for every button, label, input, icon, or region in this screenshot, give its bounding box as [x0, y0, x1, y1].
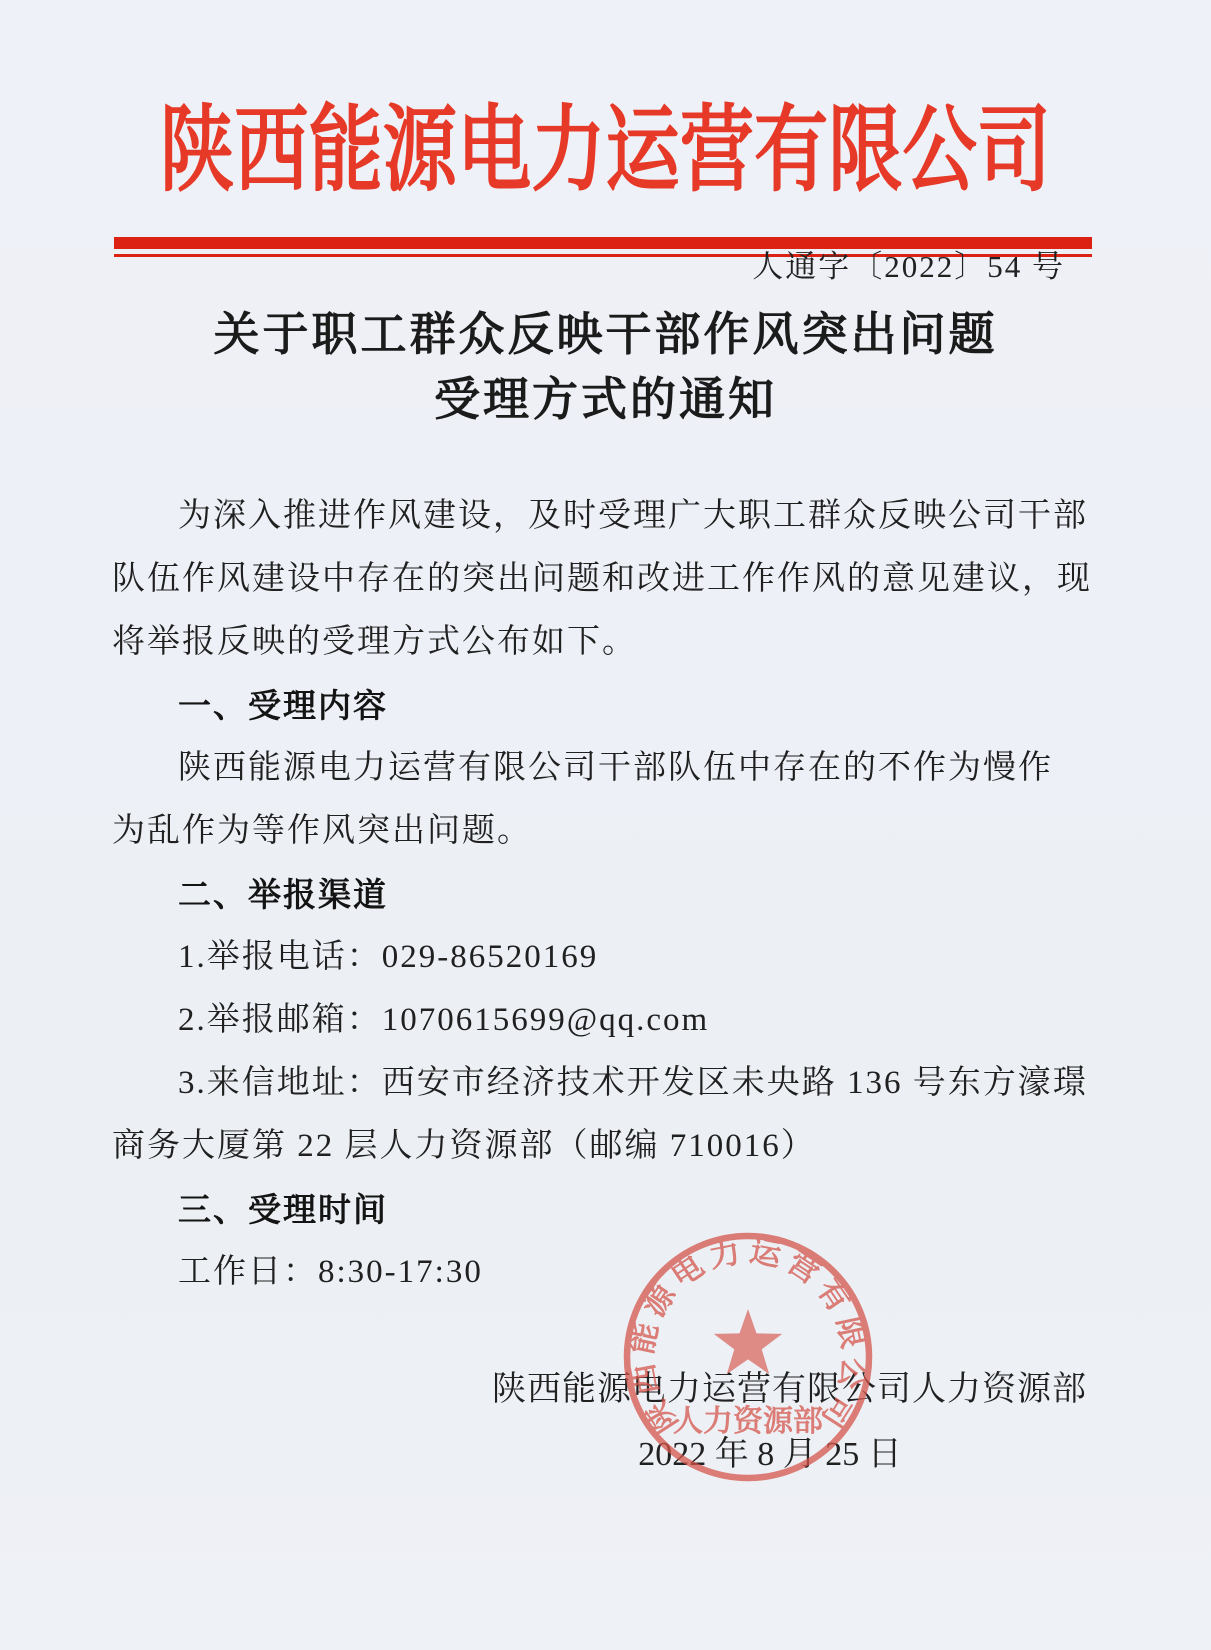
notice-body: 为深入推进作风建设，及时受理广大职工群众反映公司干部 队伍作风建设中存在的突出问…: [112, 485, 1093, 1304]
section1-line-2: 为乱作为等作风突出问题。: [112, 800, 1093, 863]
report-email-line: 2.举报邮箱：1070615699@qq.com: [112, 989, 1093, 1052]
working-hours-line: 工作日：8:30-17:30: [112, 1241, 1093, 1304]
seal-department-text: 人力资源部: [673, 1404, 823, 1438]
scanned-notice-page: 陕西能源电力运营有限公司 人通字〔2022〕54 号 关于职工群众反映干部作风突…: [0, 0, 1211, 1650]
section1-line-1: 陕西能源电力运营有限公司干部队伍中存在的不作为慢作: [112, 737, 1093, 800]
report-address-line-1: 3.来信地址：西安市经济技术开发区未央路 136 号东方濠璟: [112, 1052, 1093, 1115]
section1-heading: 一、受理内容: [112, 674, 1093, 737]
report-address-line-2: 商务大厦第 22 层人力资源部（邮编 710016）: [112, 1115, 1093, 1178]
company-seal: 陕西能源电力运营有限公司 人力资源部: [613, 1222, 883, 1492]
notice-title-line-1: 关于职工群众反映干部作风突出问题: [0, 302, 1211, 367]
section2-heading: 二、举报渠道: [112, 863, 1093, 926]
intro-line-2: 队伍作风建设中存在的突出问题和改进工作作风的意见建议，现: [112, 548, 1093, 611]
report-phone-line: 1.举报电话：029-86520169: [112, 926, 1093, 989]
intro-line-3: 将举报反映的受理方式公布如下。: [112, 611, 1093, 674]
company-letterhead: 陕西能源电力运营有限公司: [127, 104, 1084, 198]
intro-line-1: 为深入推进作风建设，及时受理广大职工群众反映公司干部: [112, 485, 1093, 548]
seal-star-icon: [714, 1309, 782, 1374]
notice-title: 关于职工群众反映干部作风突出问题 受理方式的通知: [0, 302, 1211, 432]
document-number: 人通字〔2022〕54 号: [752, 247, 1065, 287]
section3-heading: 三、受理时间: [112, 1178, 1093, 1241]
notice-title-line-2: 受理方式的通知: [0, 367, 1211, 432]
